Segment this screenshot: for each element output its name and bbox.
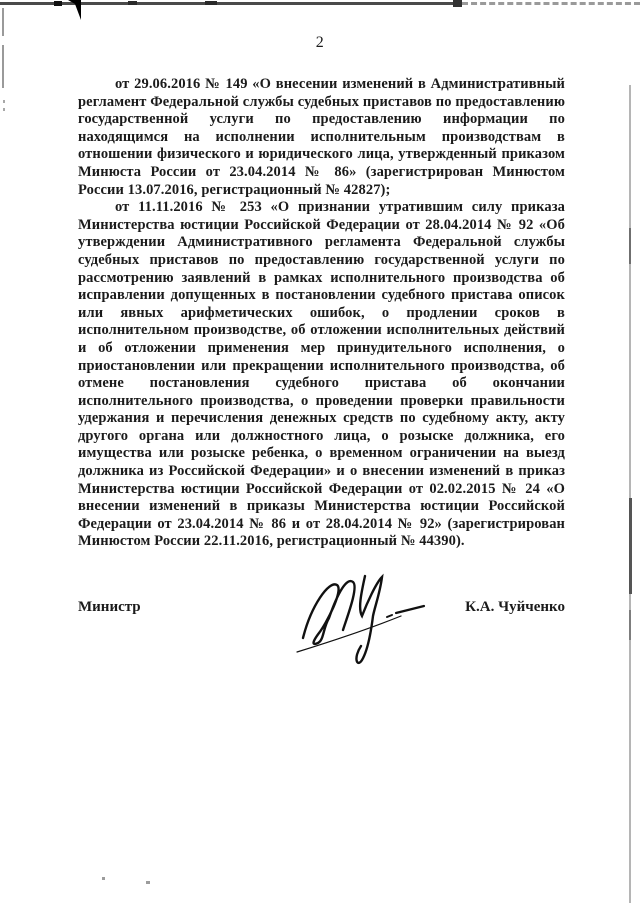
paragraph-order-253: от 11.11.2016 № 253 «О признании утратив… — [78, 199, 565, 551]
scan-edge-left-line — [2, 8, 4, 36]
scanned-document-page: 2 от 29.06.2016 № 149 «О внесении измене… — [0, 0, 640, 905]
scan-artifact-tick — [54, 1, 62, 6]
scan-edge-right-dash — [629, 610, 631, 640]
scan-edge-left-dot — [3, 108, 5, 111]
scan-artifact-tick — [205, 1, 217, 5]
scan-artifact-tick — [128, 1, 137, 5]
scan-artifact-tick — [453, 0, 462, 7]
handwritten-signature-icon — [283, 572, 443, 682]
signer-title: Министр — [78, 599, 141, 616]
scan-edge-top-dashed-line — [462, 2, 640, 5]
signer-name: К.А. Чуйченко — [465, 599, 565, 616]
scan-speck — [146, 881, 150, 884]
document-body: от 29.06.2016 № 149 «О внесении изменени… — [78, 76, 565, 551]
scan-speck — [102, 877, 105, 880]
scan-edge-right-dash — [629, 228, 631, 264]
scan-edge-right-dash — [629, 498, 632, 594]
scan-artifact-blob — [68, 0, 81, 20]
page-number: 2 — [0, 34, 640, 52]
scan-edge-right-line — [629, 85, 631, 903]
paragraph-order-149: от 29.06.2016 № 149 «О внесении изменени… — [78, 76, 565, 199]
scan-edge-left-dot — [3, 100, 5, 103]
